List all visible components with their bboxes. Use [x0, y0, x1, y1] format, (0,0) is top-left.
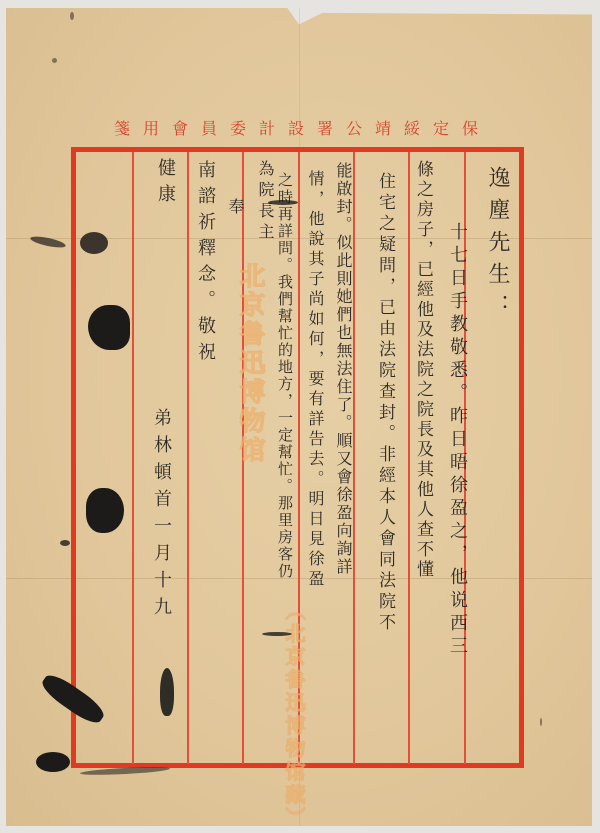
closing-column: 南諮祈釋念。敬祝 [192, 160, 218, 368]
document-scan: 箋用會員委計設署公靖綏定保 逸塵先生： 十七日手教敬悉。昨日晤徐盈之，他说西三 … [0, 0, 600, 833]
ink-blot [80, 232, 108, 254]
letter-column: 奉 [222, 198, 248, 218]
salutation: 逸塵先生： [484, 166, 510, 326]
letter-column: 十七日手教敬悉。昨日晤徐盈之，他说西三 [444, 222, 470, 659]
letter-column: 條之房子，已經他及法院之院長及其他人查不懂 [410, 160, 436, 580]
paper-speck [540, 718, 542, 726]
letter-column: 住宅之疑問，已由法院查封。非經本人會同法院不 [372, 172, 398, 634]
column-rule [187, 152, 189, 764]
ink-speck [60, 540, 70, 546]
closing-column: 健康 [152, 158, 178, 210]
signature-date: 弟林頓首一月十九 [148, 408, 174, 624]
museum-watermark: 北京鲁迅博物馆 [232, 262, 269, 465]
column-rule [132, 152, 134, 764]
letter-column: 情，他說其子尚如何，要有詳告去。明日見徐盈 [302, 170, 328, 590]
ink-dash [268, 200, 298, 205]
paper-speck [52, 58, 57, 63]
paper-speck [70, 12, 74, 20]
ink-drip [160, 668, 174, 716]
letterhead-title: 箋用會員委計設署公靖綏定保 [114, 116, 486, 139]
ink-blot [86, 488, 124, 533]
ink-blot [36, 752, 70, 772]
ink-blot [88, 305, 130, 350]
museum-watermark-secondary: （北京鲁迅博物馆藏） [280, 600, 309, 830]
letter-column: 能啟封。似此則她們也無法住了。順又會徐盈向詢詳 [330, 162, 356, 576]
